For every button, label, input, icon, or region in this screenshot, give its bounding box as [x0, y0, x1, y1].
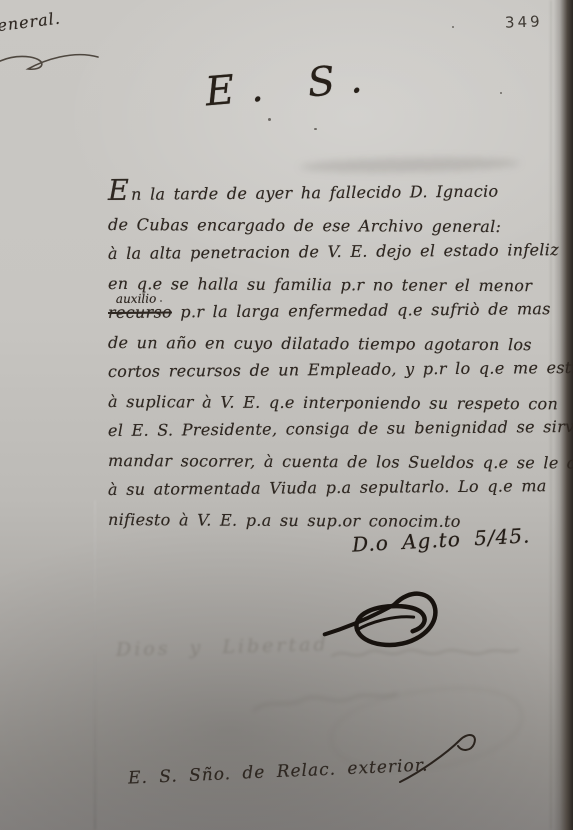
manuscript-line: el E. S. Presidente, consiga de su benig…	[108, 412, 564, 445]
folio-number: 349	[505, 12, 543, 31]
manuscript-line: auxiliorecurso p.r la larga enfermedad q…	[108, 294, 564, 327]
footer-flourish	[398, 728, 488, 786]
paper-crease	[94, 500, 96, 830]
manuscript-photo: general. 349 E. S. En la tarde de ayer h…	[0, 0, 573, 830]
manuscript-line: cortos recursos de un Empleado, y p.r lo…	[108, 353, 564, 386]
bleedthrough-text: Dios y Libertad	[116, 633, 329, 661]
salutation: E. S.	[203, 55, 380, 116]
correction: auxiliorecurso	[108, 297, 172, 327]
manuscript-line: En la tarde de ayer ha fallecido D. Igna…	[108, 176, 564, 209]
ink-speck	[314, 128, 317, 130]
manuscript-line: à la alta penetracion de V. E. dejo el e…	[108, 235, 564, 268]
bleedthrough-squiggle	[330, 640, 520, 666]
footer-docket: E. S. Sño. de Relac. exterior.	[128, 755, 429, 788]
bleedthrough-smudge	[300, 156, 520, 174]
ink-speck	[268, 118, 271, 121]
ink-speck	[160, 300, 162, 302]
ink-speck	[452, 26, 454, 28]
manuscript-line: à su atormentada Viuda p.a sepultarlo. L…	[108, 471, 564, 504]
manuscript-body: En la tarde de ayer ha fallecido D. Igna…	[108, 180, 564, 534]
ink-speck	[500, 92, 502, 94]
margin-flourish	[0, 30, 108, 80]
inserted-word: auxilio	[116, 285, 157, 315]
